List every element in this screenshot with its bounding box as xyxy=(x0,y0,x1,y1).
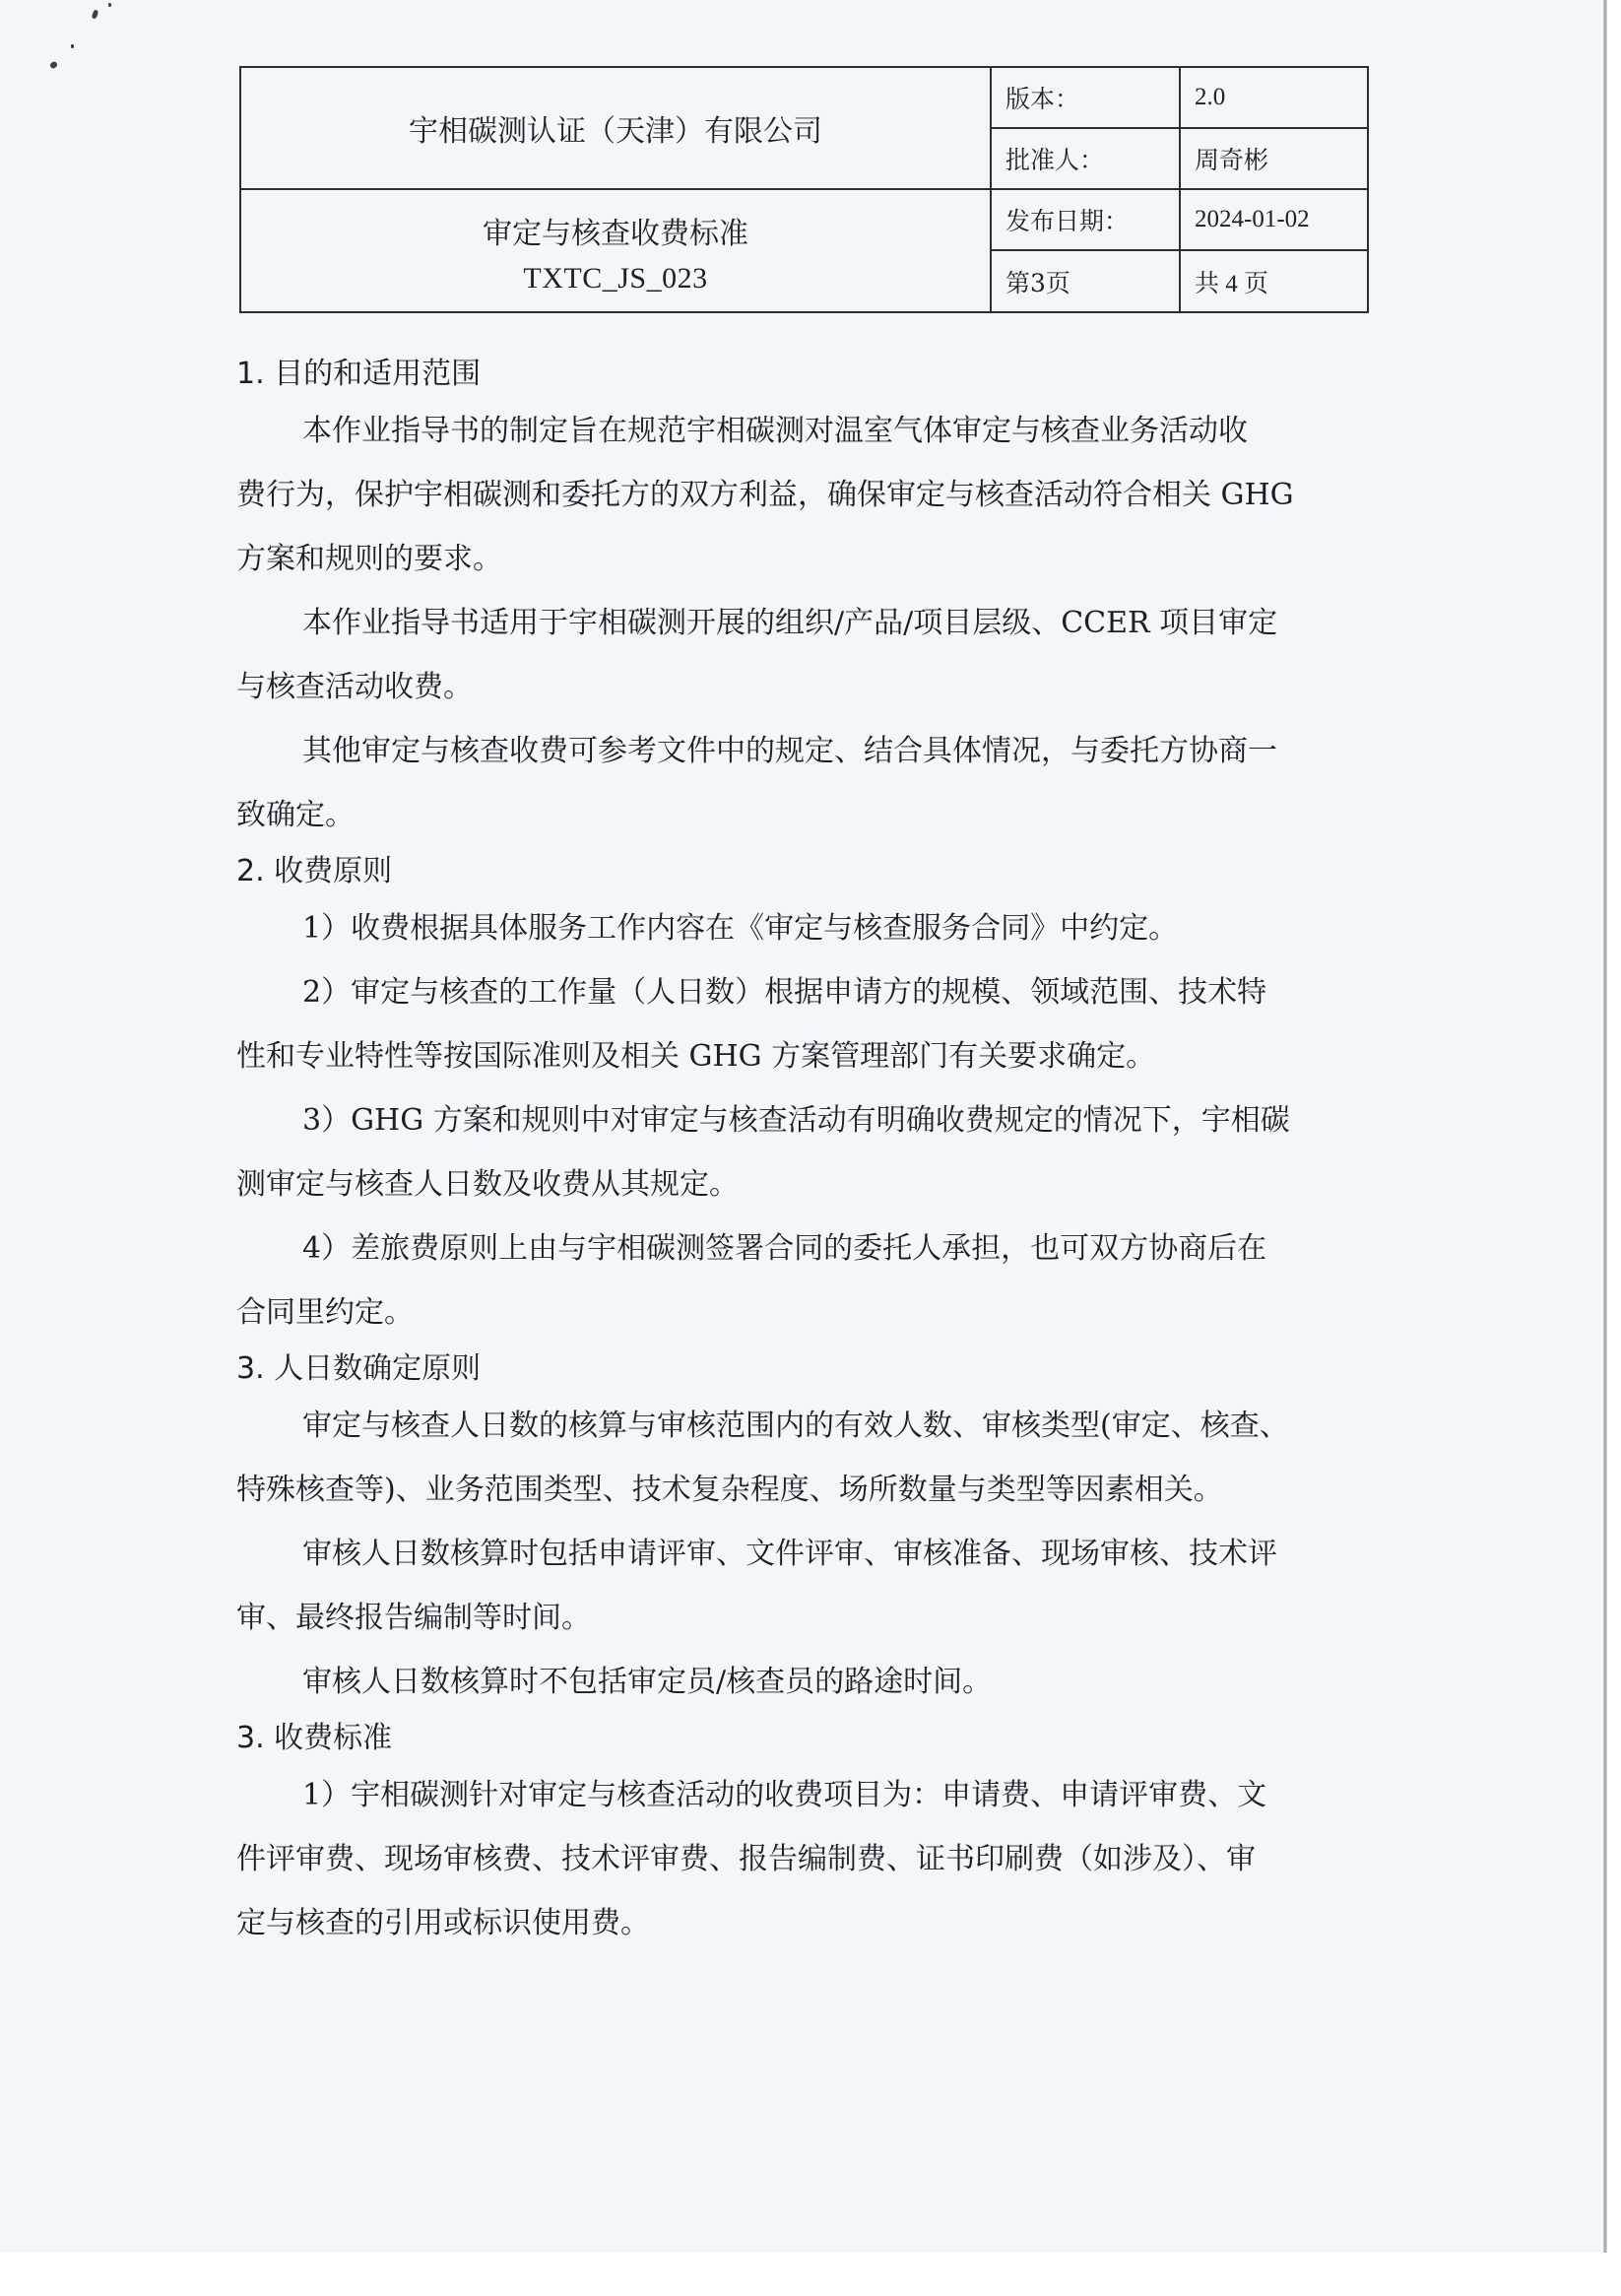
document-meta: 版本： 2.0 批准人： 周奇彬 发布日期： 2024-01-02 第3页 共 … xyxy=(992,68,1367,311)
text-line: 与核查活动收费。 xyxy=(236,655,1379,719)
text-line: 件评审费、现场审核费、技术评审费、报告编制费、证书印刷费（如涉及）、审 xyxy=(236,1827,1379,1891)
text-line: 定与核查的引用或标识使用费。 xyxy=(236,1891,1379,1955)
meta-value: 2.0 xyxy=(1181,68,1367,127)
text-line: 本作业指导书的制定旨在规范宇相碳测对温室气体审定与核查业务活动收 xyxy=(236,399,1379,463)
meta-label: 第3页 xyxy=(992,251,1181,311)
text-line: 审核人日数核算时不包括审定员/核查员的路途时间。 xyxy=(236,1650,1379,1714)
text-line: 其他审定与核查收费可参考文件中的规定、结合具体情况，与委托方协商一 xyxy=(236,719,1379,783)
meta-row-approver: 批准人： 周奇彬 xyxy=(992,129,1367,190)
text-line: 1）宇相碳测针对审定与核查活动的收费项目为：申请费、申请评审费、文 xyxy=(236,1763,1379,1827)
meta-row-page: 第3页 共 4 页 xyxy=(992,251,1367,311)
document-title-cell: 审定与核查收费标准 TXTC_JS_023 xyxy=(241,190,992,313)
text-line: 1）收费根据具体服务工作内容在《审定与核查服务合同》中约定。 xyxy=(236,896,1379,960)
text-line: 致确定。 xyxy=(236,783,1379,847)
text-line: 合同里约定。 xyxy=(236,1280,1379,1345)
scan-edge-shadow xyxy=(1603,0,1607,2253)
company-cell: 宇相碳测认证（天津）有限公司 xyxy=(241,68,992,190)
section-heading-fee-standards: 3. 收费标准 xyxy=(236,1714,1379,1763)
text-line: 审、最终报告编制等时间。 xyxy=(236,1586,1379,1650)
text-line: 方案和规则的要求。 xyxy=(236,527,1379,591)
text-line: 审定与核查人日数的核算与审核范围内的有效人数、审核类型(审定、核查、 xyxy=(236,1394,1379,1458)
text-line: 3）GHG 方案和规则中对审定与核查活动有明确收费规定的情况下，宇相碳 xyxy=(236,1088,1379,1152)
paragraph: 1）收费根据具体服务工作内容在《审定与核查服务合同》中约定。 xyxy=(236,896,1379,960)
text-line: 本作业指导书适用于宇相碳测开展的组织/产品/项目层级、CCER 项目审定 xyxy=(236,591,1379,655)
text-line: 性和专业特性等按国际准则及相关 GHG 方案管理部门有关要求确定。 xyxy=(236,1024,1379,1088)
paragraph: 其他审定与核查收费可参考文件中的规定、结合具体情况，与委托方协商一 致确定。 xyxy=(236,719,1379,847)
paragraph: 审核人日数核算时包括申请评审、文件评审、审核准备、现场审核、技术评 审、最终报告… xyxy=(236,1522,1379,1650)
document-title: 审定与核查收费标准 xyxy=(483,209,748,252)
paragraph: 审核人日数核算时不包括审定员/核查员的路途时间。 xyxy=(236,1650,1379,1714)
text-line: 4）差旅费原则上由与宇相碳测签署合同的委托人承担，也可双方协商后在 xyxy=(236,1216,1379,1280)
paragraph: 本作业指导书的制定旨在规范宇相碳测对温室气体审定与核查业务活动收 费行为，保护宇… xyxy=(236,399,1379,591)
section-heading-person-days: 3. 人日数确定原则 xyxy=(236,1345,1379,1394)
meta-row-release-date: 发布日期： 2024-01-02 xyxy=(992,190,1367,251)
paragraph: 本作业指导书适用于宇相碳测开展的组织/产品/项目层级、CCER 项目审定 与核查… xyxy=(236,591,1379,719)
paragraph: 1）宇相碳测针对审定与核查活动的收费项目为：申请费、申请评审费、文 件评审费、现… xyxy=(236,1763,1379,1955)
meta-value: 周奇彬 xyxy=(1181,129,1367,188)
document-code: TXTC_JS_023 xyxy=(523,262,707,295)
meta-value: 共 4 页 xyxy=(1181,251,1367,311)
text-line: 审核人日数核算时包括申请评审、文件评审、审核准备、现场审核、技术评 xyxy=(236,1522,1379,1586)
paragraph: 4）差旅费原则上由与宇相碳测签署合同的委托人承担，也可双方协商后在 合同里约定。 xyxy=(236,1216,1379,1345)
meta-row-version: 版本： 2.0 xyxy=(992,68,1367,129)
company-name: 宇相碳测认证（天津）有限公司 xyxy=(409,106,822,150)
document-header-table: 宇相碳测认证（天津）有限公司 审定与核查收费标准 TXTC_JS_023 版本：… xyxy=(239,66,1369,313)
meta-label: 版本： xyxy=(992,68,1181,127)
paragraph: 审定与核查人日数的核算与审核范围内的有效人数、审核类型(审定、核查、 特殊核查等… xyxy=(236,1394,1379,1522)
scan-speck xyxy=(71,44,74,48)
text-line: 费行为，保护宇相碳测和委托方的双方利益，确保审定与核查活动符合相关 GHG xyxy=(236,463,1379,527)
meta-label: 发布日期： xyxy=(992,190,1181,249)
paragraph: 2）审定与核查的工作量（人日数）根据申请方的规模、领域范围、技术特 性和专业特性… xyxy=(236,960,1379,1088)
meta-label: 批准人： xyxy=(992,129,1181,188)
text-line: 特殊核查等)、业务范围类型、技术复杂程度、场所数量与类型等因素相关。 xyxy=(236,1458,1379,1522)
document-body: 1. 目的和适用范围 本作业指导书的制定旨在规范宇相碳测对温室气体审定与核查业务… xyxy=(236,350,1379,1955)
paragraph: 3）GHG 方案和规则中对审定与核查活动有明确收费规定的情况下，宇相碳 测审定与… xyxy=(236,1088,1379,1216)
section-heading-fee-principles: 2. 收费原则 xyxy=(236,847,1379,896)
text-line: 测审定与核查人日数及收费从其规定。 xyxy=(236,1152,1379,1216)
meta-value: 2024-01-02 xyxy=(1181,190,1367,249)
section-heading-purpose-scope: 1. 目的和适用范围 xyxy=(236,350,1379,399)
scan-speck xyxy=(108,3,111,7)
text-line: 2）审定与核查的工作量（人日数）根据申请方的规模、领域范围、技术特 xyxy=(236,960,1379,1024)
